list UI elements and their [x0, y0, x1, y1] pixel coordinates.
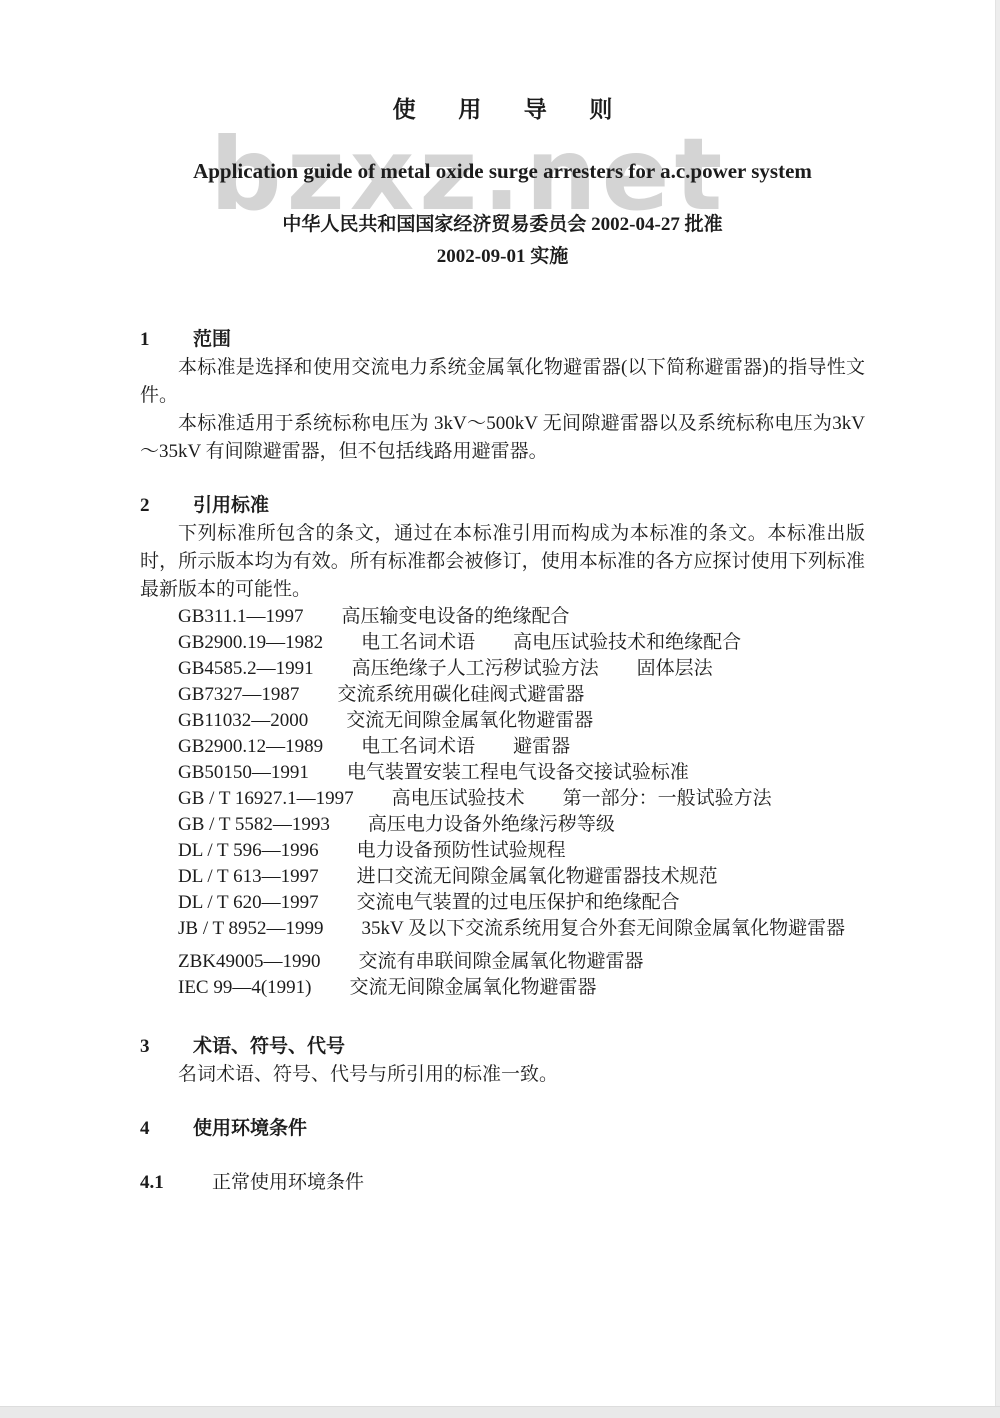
standard-name: 交流无间隙金属氧化物避雷器 [346, 710, 593, 731]
standard-code: DL / T 596—1996 [178, 840, 319, 861]
section-title: 术语、符号、代号 [193, 1033, 345, 1061]
section-2-heading: 2 引用标准 [140, 492, 865, 520]
standard-code: GB4585.2—1991 [178, 658, 314, 679]
approval-line: 中华人民共和国国家经济贸易委员会 2002-04-27 批准 [140, 212, 865, 238]
standard-ref: GB11032—2000交流无间隙金属氧化物避雷器 [140, 708, 865, 734]
standard-code: GB / T 16927.1—1997 [178, 788, 354, 809]
standard-name: 35kV 及以下交流系统用复合外套无间隙金属氧化物避雷器 [362, 918, 846, 939]
section-number: 3 [140, 1033, 193, 1061]
section-number: 2 [140, 492, 193, 520]
standard-name: 交流有串联间隙金属氧化物避雷器 [359, 951, 644, 972]
standard-name: 进口交流无间隙金属氧化物避雷器技术规范 [357, 866, 718, 887]
section-title: 引用标准 [193, 492, 269, 520]
section-title: 使用环境条件 [193, 1115, 307, 1143]
standard-code: GB7327—1987 [178, 684, 299, 705]
standard-code: GB2900.19—1982 [178, 632, 323, 653]
standard-code: DL / T 613—1997 [178, 866, 319, 887]
doc-title-en: Application guide of metal oxide surge a… [140, 158, 865, 184]
section-4-1-heading: 4.1 正常使用环境条件 [140, 1169, 865, 1197]
standard-name: 交流系统用碳化硅阀式避雷器 [337, 684, 584, 705]
document-page: { "header": { "title_cn": "使用导则", "water… [0, 0, 1000, 1418]
standard-code: IEC 99—4(1991) [178, 977, 312, 998]
standard-ref: GB / T 5582—1993高压电力设备外绝缘污秽等级 [140, 812, 865, 838]
standard-name: 高电压试验技术 第一部分：一般试验方法 [392, 788, 772, 809]
standard-ref: GB2900.12—1989电工名词术语 避雷器 [140, 734, 865, 760]
standard-name: 交流无间隙金属氧化物避雷器 [350, 977, 597, 998]
standard-name: 高压电力设备外绝缘污秽等级 [368, 814, 615, 835]
standard-ref: GB / T 16927.1—1997高电压试验技术 第一部分：一般试验方法 [140, 786, 865, 812]
standard-code: JB / T 8952—1999 [178, 918, 324, 939]
standard-code: DL / T 620—1997 [178, 892, 319, 913]
standard-name: 电工名词术语 高电压试验技术和绝缘配合 [361, 632, 741, 653]
standard-ref: GB2900.19—1982电工名词术语 高电压试验技术和绝缘配合 [140, 630, 865, 656]
section-number: 4.1 [140, 1169, 212, 1197]
standard-name: 电气装置安装工程电气设备交接试验标准 [347, 762, 689, 783]
standards-list: GB311.1—1997高压输变电设备的绝缘配合 GB2900.19—1982电… [140, 604, 865, 1001]
standard-code: GB2900.12—1989 [178, 736, 323, 757]
page-bottom-edge [0, 1406, 1000, 1418]
standard-code: GB / T 5582—1993 [178, 814, 330, 835]
standard-code: ZBK49005—1990 [178, 951, 321, 972]
page-right-edge [995, 0, 1000, 1418]
standard-ref: ZBK49005—1990交流有串联间隙金属氧化物避雷器 [140, 949, 865, 975]
standard-code: GB11032—2000 [178, 710, 308, 731]
paragraph: 本标准是选择和使用交流电力系统金属氧化物避雷器(以下简称避雷器)的指导性文件。 [140, 354, 865, 410]
paragraph: 下列标准所包含的条文，通过在本标准引用而构成为本标准的条文。本标准出版时，所示版… [140, 520, 865, 604]
standard-name: 电力设备预防性试验规程 [357, 840, 566, 861]
standard-ref: GB7327—1987交流系统用碳化硅阀式避雷器 [140, 682, 865, 708]
standard-name: 高压绝缘子人工污秽试验方法 固体层法 [352, 658, 713, 679]
standard-ref: GB311.1—1997高压输变电设备的绝缘配合 [140, 604, 865, 630]
paragraph: 名词术语、符号、代号与所引用的标准一致。 [140, 1061, 865, 1089]
section-number: 4 [140, 1115, 193, 1143]
standard-ref: IEC 99—4(1991)交流无间隙金属氧化物避雷器 [140, 975, 865, 1001]
section-number: 1 [140, 326, 193, 354]
standard-name: 交流电气装置的过电压保护和绝缘配合 [357, 892, 680, 913]
section-title: 范围 [193, 326, 231, 354]
page-content: 使用导则 Application guide of metal oxide su… [0, 0, 1000, 1197]
standard-ref: DL / T 613—1997进口交流无间隙金属氧化物避雷器技术规范 [140, 864, 865, 890]
standard-code: GB50150—1991 [178, 762, 309, 783]
standard-ref: DL / T 620—1997交流电气装置的过电压保护和绝缘配合 [140, 890, 865, 916]
implementation-line: 2002-09-01 实施 [140, 244, 865, 270]
standard-ref: DL / T 596—1996电力设备预防性试验规程 [140, 838, 865, 864]
standard-code: GB311.1—1997 [178, 606, 303, 627]
standard-ref: GB4585.2—1991高压绝缘子人工污秽试验方法 固体层法 [140, 656, 865, 682]
standard-name: 电工名词术语 避雷器 [361, 736, 570, 757]
section-4-heading: 4 使用环境条件 [140, 1115, 865, 1143]
section-1-heading: 1 范围 [140, 326, 865, 354]
standard-name: 高压输变电设备的绝缘配合 [341, 606, 569, 627]
doc-title-cn: 使用导则 [140, 96, 865, 124]
section-title: 正常使用环境条件 [212, 1169, 364, 1197]
section-3-heading: 3 术语、符号、代号 [140, 1033, 865, 1061]
standard-ref: JB / T 8952—199935kV 及以下交流系统用复合外套无间隙金属氧化… [140, 916, 865, 942]
standard-ref: GB50150—1991电气装置安装工程电气设备交接试验标准 [140, 760, 865, 786]
paragraph: 本标准适用于系统标称电压为 3kV～500kV 无间隙避雷器以及系统标称电压为3… [140, 410, 865, 466]
